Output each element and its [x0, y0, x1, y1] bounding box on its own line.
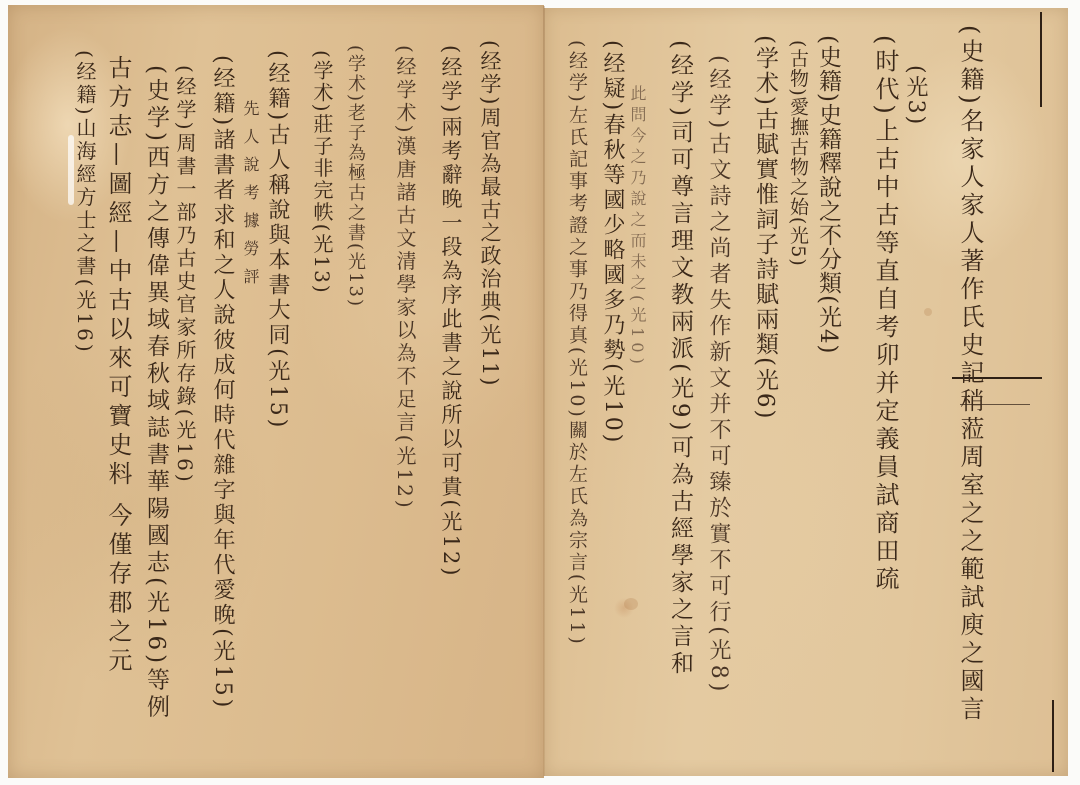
text-column: (学术)老子為極古之書(光13)	[346, 45, 364, 308]
text-column: (经学)周書一部乃古史官家所存錄(光16)	[175, 65, 195, 485]
edge-mark-line	[1040, 12, 1042, 107]
edge-mark-line	[1052, 700, 1054, 772]
text-column: (经学)周官為最古之政治典(光11)	[479, 40, 500, 388]
text-column: (史籍)名家人家人著作氏史記稍蒞周室之之範試庾之國言	[958, 25, 982, 724]
text-column: (经籍)諸書者求和之人說彼成何時代雜字與年代愛晚(光15)	[211, 55, 233, 710]
paper-stain	[624, 598, 638, 610]
text-column: (经学)左氏記事考證之事乃得真(光10)關於左氏為宗言(光11)	[567, 40, 586, 647]
text-column: (经学术)漢唐諸古文清學家以為不足言(光12)	[395, 45, 415, 511]
text-column: (古物)愛撫古物之始(光5)	[788, 40, 807, 267]
text-column: (史学)西方之傳偉異域春秋域誌書華陽國志(光16)等例	[144, 65, 167, 721]
annotation-column: (光3)	[904, 65, 926, 126]
text-column: (经籍)山海經方士之書(光16)	[75, 50, 95, 355]
text-column: (经学)司可尊言理文教兩派(光9)可為古經學家之言和	[668, 40, 691, 678]
text-column: (经学)兩考辭晚一段為序此書之說所以可貴(光12)	[440, 45, 461, 579]
annotation-column: 此問今之乃說之而未之(光10)	[629, 85, 645, 369]
page-fold	[543, 6, 545, 776]
text-column: (经学)古文詩之尚者失作新文并不可臻於實不可行(光8)	[707, 55, 729, 695]
paper-stain	[924, 308, 932, 316]
text-column: (经籍)古人稱說與本書大同(光15)	[266, 50, 288, 430]
text-column: (时代)上古中古等直自考卯并定義員試商田疏	[873, 35, 897, 594]
text-column: (经疑)春秋等國少略國多乃勢(光10)	[601, 40, 623, 445]
text-column: (学术)莊子非完帙(光13)	[312, 50, 332, 295]
annotation-column: 先人說考據勞評	[242, 100, 258, 296]
text-column: (史籍)史籍釋說之不分類(光4)	[816, 35, 839, 355]
text-column: 古方志—圖經—中古以來可寶史料 今僅存郡之元	[106, 55, 130, 677]
text-column: (学术)古賦實惟詞子詩賦兩類(光6)	[753, 35, 776, 421]
